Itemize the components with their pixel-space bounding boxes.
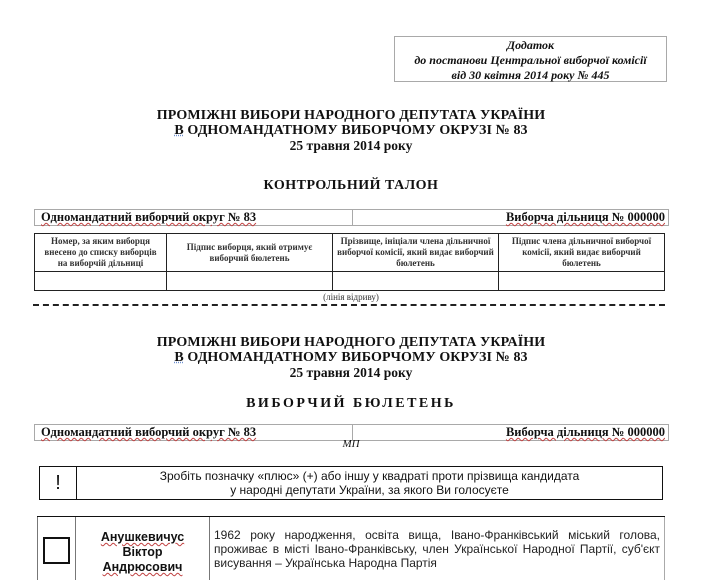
- candidate-first-name: Віктор: [76, 545, 209, 560]
- table-row: [35, 272, 665, 291]
- district-label: Одномандатний виборчий округ № 83: [35, 210, 353, 225]
- candidate-bio: 1962 року народження, освіта вища, Івано…: [210, 517, 665, 580]
- cut-line-label: (лінія відриву): [0, 292, 702, 302]
- candidate-name: Анушкевичус Віктор Андрюсович: [76, 517, 210, 580]
- control-stub-table: Номер, за яким виборця внесено до списку…: [34, 233, 665, 291]
- cell-member-signature[interactable]: [499, 272, 665, 291]
- appendix-line-3: від 30 квітня 2014 року № 445: [395, 68, 666, 83]
- heading-line-1: ПРОМІЖНІ ВИБОРИ НАРОДНОГО ДЕПУТАТА УКРАЇ…: [0, 335, 702, 350]
- candidate-surname: Анушкевичус: [76, 530, 209, 545]
- station-text: Виборча дільниця № 000000: [506, 425, 665, 439]
- candidate-checkbox-cell: [37, 517, 76, 580]
- heading-line-2: В ОДНОМАНДАТНОМУ ВИБОРЧОМУ ОКРУЗІ № 83: [0, 123, 702, 138]
- heading-line-2-rest: ОДНОМАНДАТНОМУ ВИБОРЧОМУ ОКРУЗІ № 83: [184, 350, 528, 365]
- header-voter-number: Номер, за яким виборця внесено до списку…: [35, 234, 167, 272]
- header-voter-signature: Підпис виборця, який отримує виборчий бю…: [167, 234, 333, 272]
- instruction-line-1: Зробіть позначку «плюс» (+) або іншу у к…: [77, 469, 662, 483]
- ballot-heading: ПРОМІЖНІ ВИБОРИ НАРОДНОГО ДЕПУТАТА УКРАЇ…: [0, 335, 702, 380]
- heading-line-2-rest: ОДНОМАНДАТНОМУ ВИБОРЧОМУ ОКРУЗІ № 83: [184, 123, 528, 138]
- control-stub-title: КОНТРОЛЬНИЙ ТАЛОН: [0, 178, 702, 194]
- cell-voter-signature[interactable]: [167, 272, 333, 291]
- control-district-row: Одномандатний виборчий округ № 83 Виборч…: [34, 209, 669, 226]
- heading-line-1: ПРОМІЖНІ ВИБОРИ НАРОДНОГО ДЕПУТАТА УКРАЇ…: [0, 108, 702, 123]
- cell-member-name[interactable]: [333, 272, 499, 291]
- heading-line-2-first: В: [174, 350, 183, 365]
- control-heading: ПРОМІЖНІ ВИБОРИ НАРОДНОГО ДЕПУТАТА УКРАЇ…: [0, 108, 702, 153]
- header-member-signature: Підпис члена дільничної виборчої комісії…: [499, 234, 665, 272]
- station-label: Виборча дільниця № 000000: [353, 210, 668, 225]
- heading-line-2-first: В: [174, 123, 183, 138]
- heading-date: 25 травня 2014 року: [0, 138, 702, 153]
- instruction-text: Зробіть позначку «плюс» (+) або іншу у к…: [77, 467, 662, 499]
- candidate-checkbox[interactable]: [43, 537, 70, 564]
- heading-date: 25 травня 2014 року: [0, 365, 702, 380]
- district-text: Одномандатний виборчий округ № 83: [41, 425, 256, 439]
- district-text: Одномандатний виборчий округ № 83: [41, 210, 256, 224]
- appendix-line-2: до постанови Центральної виборчої комісі…: [395, 53, 666, 68]
- appendix-line-1: Додаток: [395, 38, 666, 53]
- instruction-line-2: у народні депутати України, за якого Ви …: [77, 483, 662, 497]
- control-table-header-row: Номер, за яким виборця внесено до списку…: [35, 234, 665, 272]
- station-text: Виборча дільниця № 000000: [506, 210, 665, 224]
- voting-instruction-box: ! Зробіть позначку «плюс» (+) або іншу у…: [39, 466, 663, 500]
- ballot-title: ВИБОРЧИЙ БЮЛЕТЕНЬ: [0, 396, 702, 412]
- candidate-row: Анушкевичус Віктор Андрюсович 1962 року …: [37, 516, 665, 580]
- stamp-place-label: МП: [0, 438, 702, 450]
- cut-line: [33, 304, 665, 306]
- heading-line-2: В ОДНОМАНДАТНОМУ ВИБОРЧОМУ ОКРУЗІ № 83: [0, 350, 702, 365]
- header-member-name: Прізвище, ініціали члена дільничної вибо…: [333, 234, 499, 272]
- candidate-patronymic: Андрюсович: [76, 560, 209, 575]
- appendix-note: Додаток до постанови Центральної виборчо…: [394, 36, 667, 82]
- exclamation-icon: !: [40, 467, 77, 499]
- cell-voter-number[interactable]: [35, 272, 167, 291]
